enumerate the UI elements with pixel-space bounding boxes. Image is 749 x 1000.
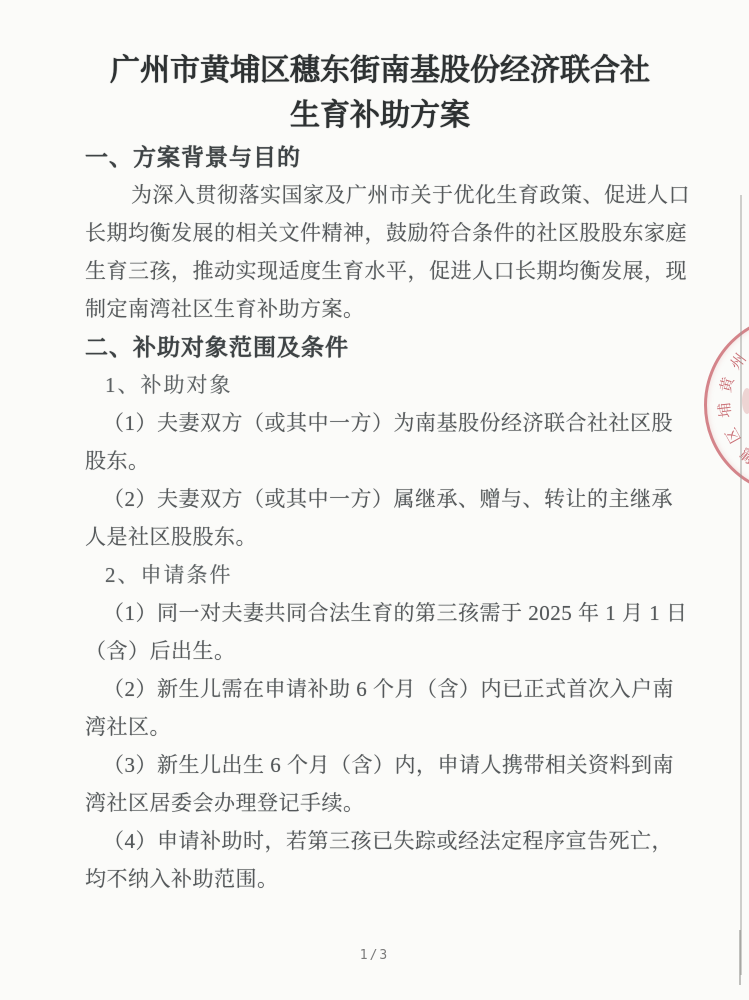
condition-item-2-line: 湾社区。 bbox=[85, 708, 675, 746]
condition-item-1-line: （含）后出生。 bbox=[85, 632, 675, 670]
subsection-2-heading: 2、申请条件 bbox=[85, 556, 675, 594]
eligibility-item-1-line: （1）夫妻双方（或其中一方）为南基股份经济联合社社区股 bbox=[85, 404, 675, 442]
eligibility-item-1-line: 股东。 bbox=[85, 442, 675, 480]
official-seal-character: 埔 bbox=[717, 401, 735, 419]
condition-item-3-line: 湾社区居委会办理登记手续。 bbox=[85, 784, 675, 822]
scanned-document-page: 广州市黄埔区穗东街南基股份经济联合社 生育补助方案 一、方案背景与目的 为深入贯… bbox=[0, 0, 749, 1000]
subsection-1-heading: 1、补助对象 bbox=[85, 366, 675, 404]
condition-item-4-line: （4）申请补助时，若第三孩已失踪或经法定程序宣告死亡， bbox=[85, 822, 675, 860]
official-seal-smudge bbox=[742, 388, 749, 414]
document-title-line-2: 生育补助方案 bbox=[85, 93, 675, 138]
section-1-heading: 一、方案背景与目的 bbox=[85, 138, 675, 176]
eligibility-item-2-line: （2）夫妻双方（或其中一方）属继承、赠与、转让的主继承 bbox=[85, 480, 675, 518]
scan-edge-line bbox=[740, 195, 742, 975]
section-1-paragraph-line: 为深入贯彻落实国家及广州市关于优化生育政策、促进人口 bbox=[85, 176, 675, 214]
section-1-paragraph-line: 生育三孩，推动实现适度生育水平，促进人口长期均衡发展，现 bbox=[85, 252, 675, 290]
condition-item-2-line: （2）新生儿需在申请补助 6 个月（含）内已正式首次入户南 bbox=[85, 670, 675, 708]
condition-item-1-line: （1）同一对夫妻共同合法生育的第三孩需于 2025 年 1 月 1 日 bbox=[85, 594, 675, 632]
page-number: 1/3 bbox=[0, 948, 749, 963]
section-1-paragraph-line: 制定南湾社区生育补助方案。 bbox=[85, 290, 675, 328]
document-body: 广州市黄埔区穗东街南基股份经济联合社 生育补助方案 一、方案背景与目的 为深入贯… bbox=[85, 0, 675, 898]
section-2-heading: 二、补助对象范围及条件 bbox=[85, 328, 675, 366]
section-1-paragraph-line: 长期均衡发展的相关文件精神，鼓励符合条件的社区股股东家庭 bbox=[85, 214, 675, 252]
document-title: 广州市黄埔区穗东街南基股份经济联合社 生育补助方案 bbox=[85, 48, 675, 138]
condition-item-4-line: 均不纳入补助范围。 bbox=[85, 860, 675, 898]
document-title-line-1: 广州市黄埔区穗东街南基股份经济联合社 bbox=[85, 48, 675, 93]
eligibility-item-2-line: 人是社区股股东。 bbox=[85, 518, 675, 556]
condition-item-3-line: （3）新生儿出生 6 个月（含）内，申请人携带相关资料到南 bbox=[85, 746, 675, 784]
